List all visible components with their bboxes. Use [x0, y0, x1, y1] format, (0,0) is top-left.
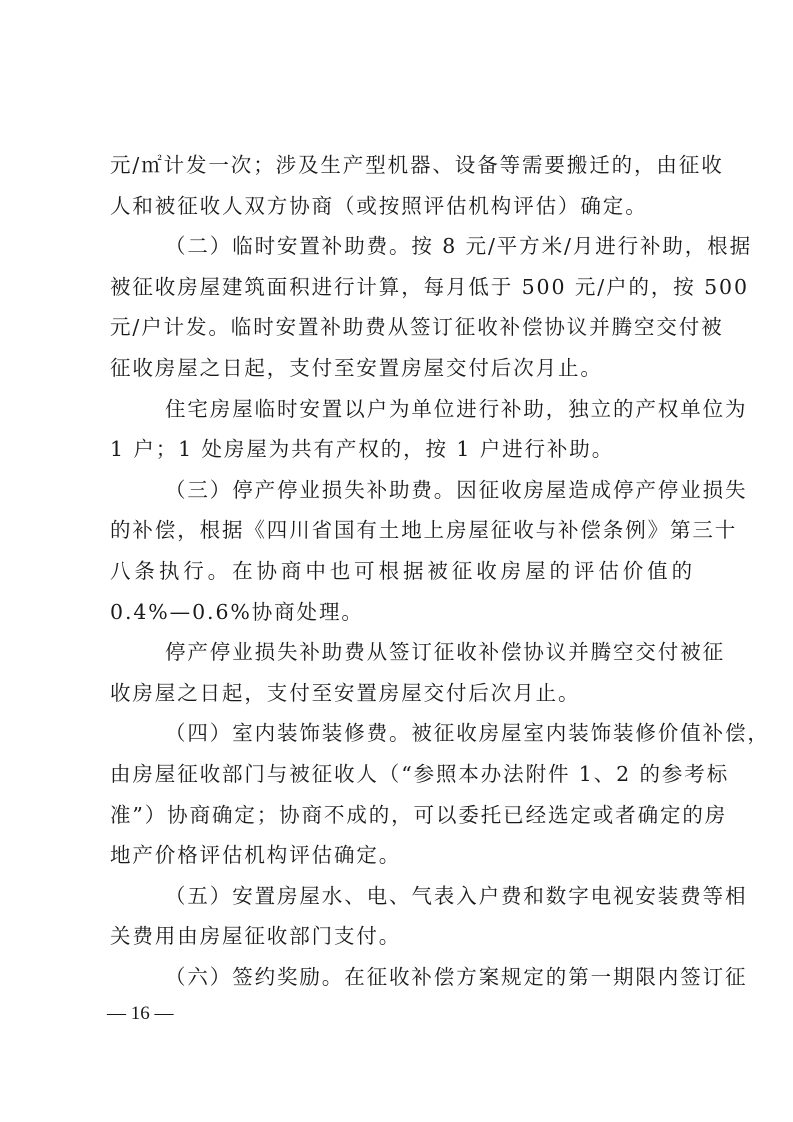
text-line: 八条执行。在协商中也可根据被征收房屋的评估价值的	[110, 551, 694, 592]
text-line: 住宅房屋临时安置以户为单位进行补助，独立的产权单位为	[110, 389, 694, 430]
text-line: 的补偿，根据《四川省国有土地上房屋征收与补偿条例》第三十	[110, 510, 694, 551]
text-line: （六）签约奖励。在征收补偿方案规定的第一期限内签订征	[110, 957, 694, 998]
text-line: 被征收房屋建筑面积进行计算，每月低于 500 元/户的，按 500	[110, 267, 694, 308]
text-line: （二）临时安置补助费。按 8 元/平方米/月进行补助，根据	[110, 226, 694, 267]
text-line: （五）安置房屋水、电、气表入户费和数字电视安装费等相	[110, 876, 694, 917]
text-line: （三）停产停业损失补助费。因征收房屋造成停产停业损失	[110, 470, 694, 511]
text-line: 元/㎡计发一次；涉及生产型机器、设备等需要搬迁的，由征收	[110, 145, 694, 186]
text-line: 元/户计发。临时安置补助费从签订征收补偿协议并腾空交付被	[110, 307, 694, 348]
text-line: 人和被征收人双方协商（或按照评估机构评估）确定。	[110, 186, 694, 227]
text-line: 由房屋征收部门与被征收人（“参照本办法附件 1、2 的参考标	[110, 754, 694, 795]
text-line: 0.4%—0.6%协商处理。	[110, 592, 694, 633]
page-number: — 16 —	[107, 1003, 174, 1025]
text-line: 收房屋之日起，支付至安置房屋交付后次月止。	[110, 673, 694, 714]
document-page: 元/㎡计发一次；涉及生产型机器、设备等需要搬迁的，由征收人和被征收人双方协商（或…	[0, 0, 793, 1122]
text-line: 准”）协商确定；协商不成的，可以委托已经选定或者确定的房	[110, 795, 694, 836]
body-text: 元/㎡计发一次；涉及生产型机器、设备等需要搬迁的，由征收人和被征收人双方协商（或…	[110, 145, 694, 997]
text-line: 地产价格评估机构评估确定。	[110, 835, 694, 876]
text-line: 停产停业损失补助费从签订征收补偿协议并腾空交付被征	[110, 632, 694, 673]
text-line: 征收房屋之日起，支付至安置房屋交付后次月止。	[110, 348, 694, 389]
text-line: 关费用由房屋征收部门支付。	[110, 916, 694, 957]
text-line: （四）室内装饰装修费。被征收房屋室内装饰装修价值补偿，	[110, 713, 694, 754]
text-line: 1 户；1 处房屋为共有产权的，按 1 户进行补助。	[110, 429, 694, 470]
